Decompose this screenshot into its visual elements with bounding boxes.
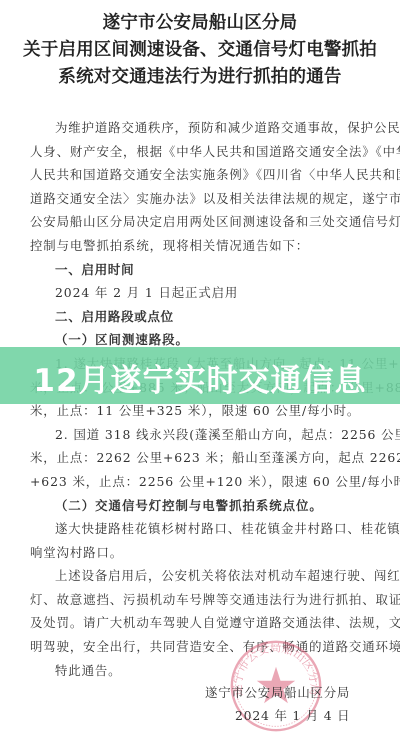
signature-org: 遂宁市公安局船山区分局 [205, 681, 365, 704]
item2-line: 2. 国道 318 线永兴段(蓬溪至船山方向，起点：2256 公里+120 [30, 423, 376, 447]
body-line: 道路交通安全法〉实施办法》以及相关法律法规的规定，遂宁市 [30, 187, 376, 211]
item2-line: +623 米，止点：2256 公里+120 米），限速 60 公里/每小时。 [30, 470, 376, 494]
notice-end: 特此通告。 [30, 659, 376, 683]
closing-line: 灯、故意遮挡、污损机动车号牌等交通违法行为进行抓拍、取证 [30, 588, 376, 612]
body-line: 人身、财产安全，根据《中华人民共和国道路交通安全法》《中华 [30, 140, 376, 164]
body-line: 公安局船山区分局决定启用两处区间测速设备和三处交通信号灯 [30, 210, 376, 234]
signal-points-line: 遂大快捷路桂花镇杉树村路口、桂花镇金井村路口、桂花镇 [30, 517, 376, 541]
signature-block: 遂宁市公安局船山区分局 2024 年 1 月 4 日 [205, 681, 365, 727]
start-date: 2024 年 2 月 1 日起正式启用 [30, 281, 376, 305]
body-line: 为维护道路交通秩序，预防和减少道路交通事故，保护公民 [30, 116, 376, 140]
item2-line: 米，止点：2262 公里+623 米；船山至蓬溪方向，起点 2262 公里 [30, 446, 376, 470]
section-heading-locations: 二、启用路段或点位 [30, 305, 376, 329]
signal-points-line: 响堂沟村路口。 [30, 541, 376, 565]
notice-document: 遂宁市公安局船山区分局 关于启用区间测速设备、交通信号灯电警抓拍 系统对交通违法… [0, 0, 400, 754]
title-line: 系统对交通违法行为进行抓拍的通告 [0, 64, 400, 91]
title-line: 遂宁市公安局船山区分局 [0, 10, 400, 37]
body-line: 控制与电警抓拍系统，现将相关情况通告如下： [30, 234, 376, 258]
closing-line: 上述设备启用后，公安机关将依法对机动车超速行驶、闯红 [30, 564, 376, 588]
section-heading-time: 一、启用时间 [30, 258, 376, 282]
notice-title: 遂宁市公安局船山区分局 关于启用区间测速设备、交通信号灯电警抓拍 系统对交通违法… [0, 10, 400, 91]
signature-date: 2024 年 1 月 4 日 [205, 704, 365, 727]
body-line: 人民共和国道路交通安全法实施条例》《四川省〈中华人民共和国 [30, 163, 376, 187]
overlay-banner: 12月遂宁实时交通信息 [0, 347, 400, 404]
closing-line: 明驾驶，安全出行，共同营造安全、有序、畅通的道路交通环境。 [30, 635, 376, 659]
subheading-signal-points: （二）交通信号灯控制与电警抓拍系统点位。 [30, 494, 376, 518]
closing-line: 及处罚。请广大机动车驾驶人自觉遵守道路交通法律、法规，文 [30, 611, 376, 635]
title-line: 关于启用区间测速设备、交通信号灯电警抓拍 [0, 37, 400, 64]
banner-title: 12月遂宁实时交通信息 [33, 351, 366, 400]
